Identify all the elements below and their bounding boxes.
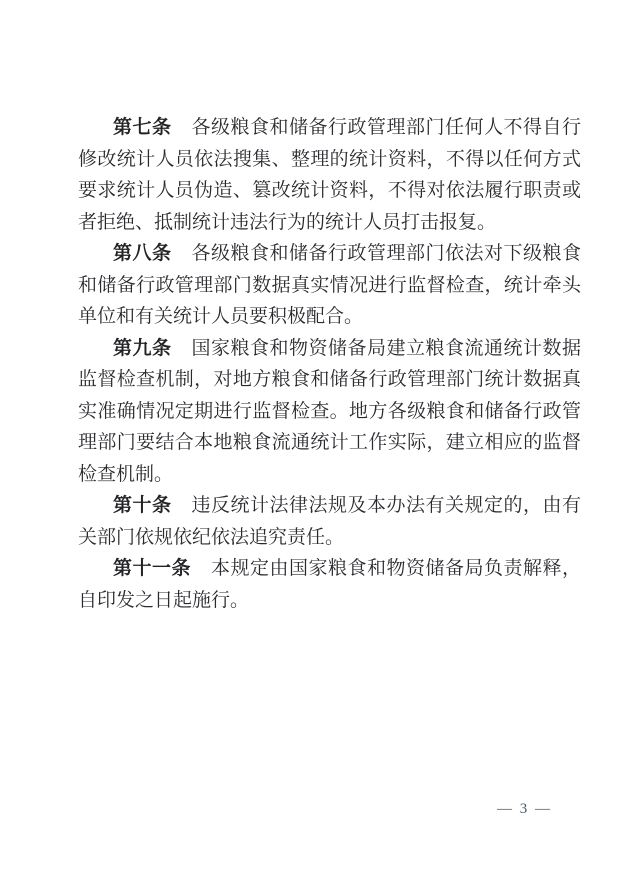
article-number: 第八条 [113,243,172,264]
document-page: 第七条各级粮食和储备行政管理部门任何人不得自行修改统计人员依法搜集、整理的统计资… [0,0,632,893]
article-paragraph-8: 第八条各级粮食和储备行政管理部门依法对下级粮食和储备行政管理部门数据真实情况进行… [78,238,581,333]
article-text: 国家粮食和物资储备局建立粮食流通统计数据监督检查机制，对地方粮食和储备行政管理部… [78,338,581,485]
article-number: 第十条 [113,495,172,516]
article-paragraph-11: 第十一条本规定由国家粮食和物资储备局负责解释，自印发之日起施行。 [78,553,581,616]
article-number: 第十一条 [113,558,191,579]
article-paragraph-9: 第九条国家粮食和物资储备局建立粮食流通统计数据监督检查机制，对地方粮食和储备行政… [78,333,581,491]
page-number: — 3 — [497,799,552,819]
article-number: 第九条 [113,338,172,359]
article-paragraph-10: 第十条违反统计法律法规及本办法有关规定的，由有关部门依规依纪依法追究责任。 [78,490,581,553]
document-body: 第七条各级粮食和储备行政管理部门任何人不得自行修改统计人员依法搜集、整理的统计资… [78,112,581,616]
article-number: 第七条 [113,117,172,138]
article-paragraph-7: 第七条各级粮食和储备行政管理部门任何人不得自行修改统计人员依法搜集、整理的统计资… [78,112,581,238]
